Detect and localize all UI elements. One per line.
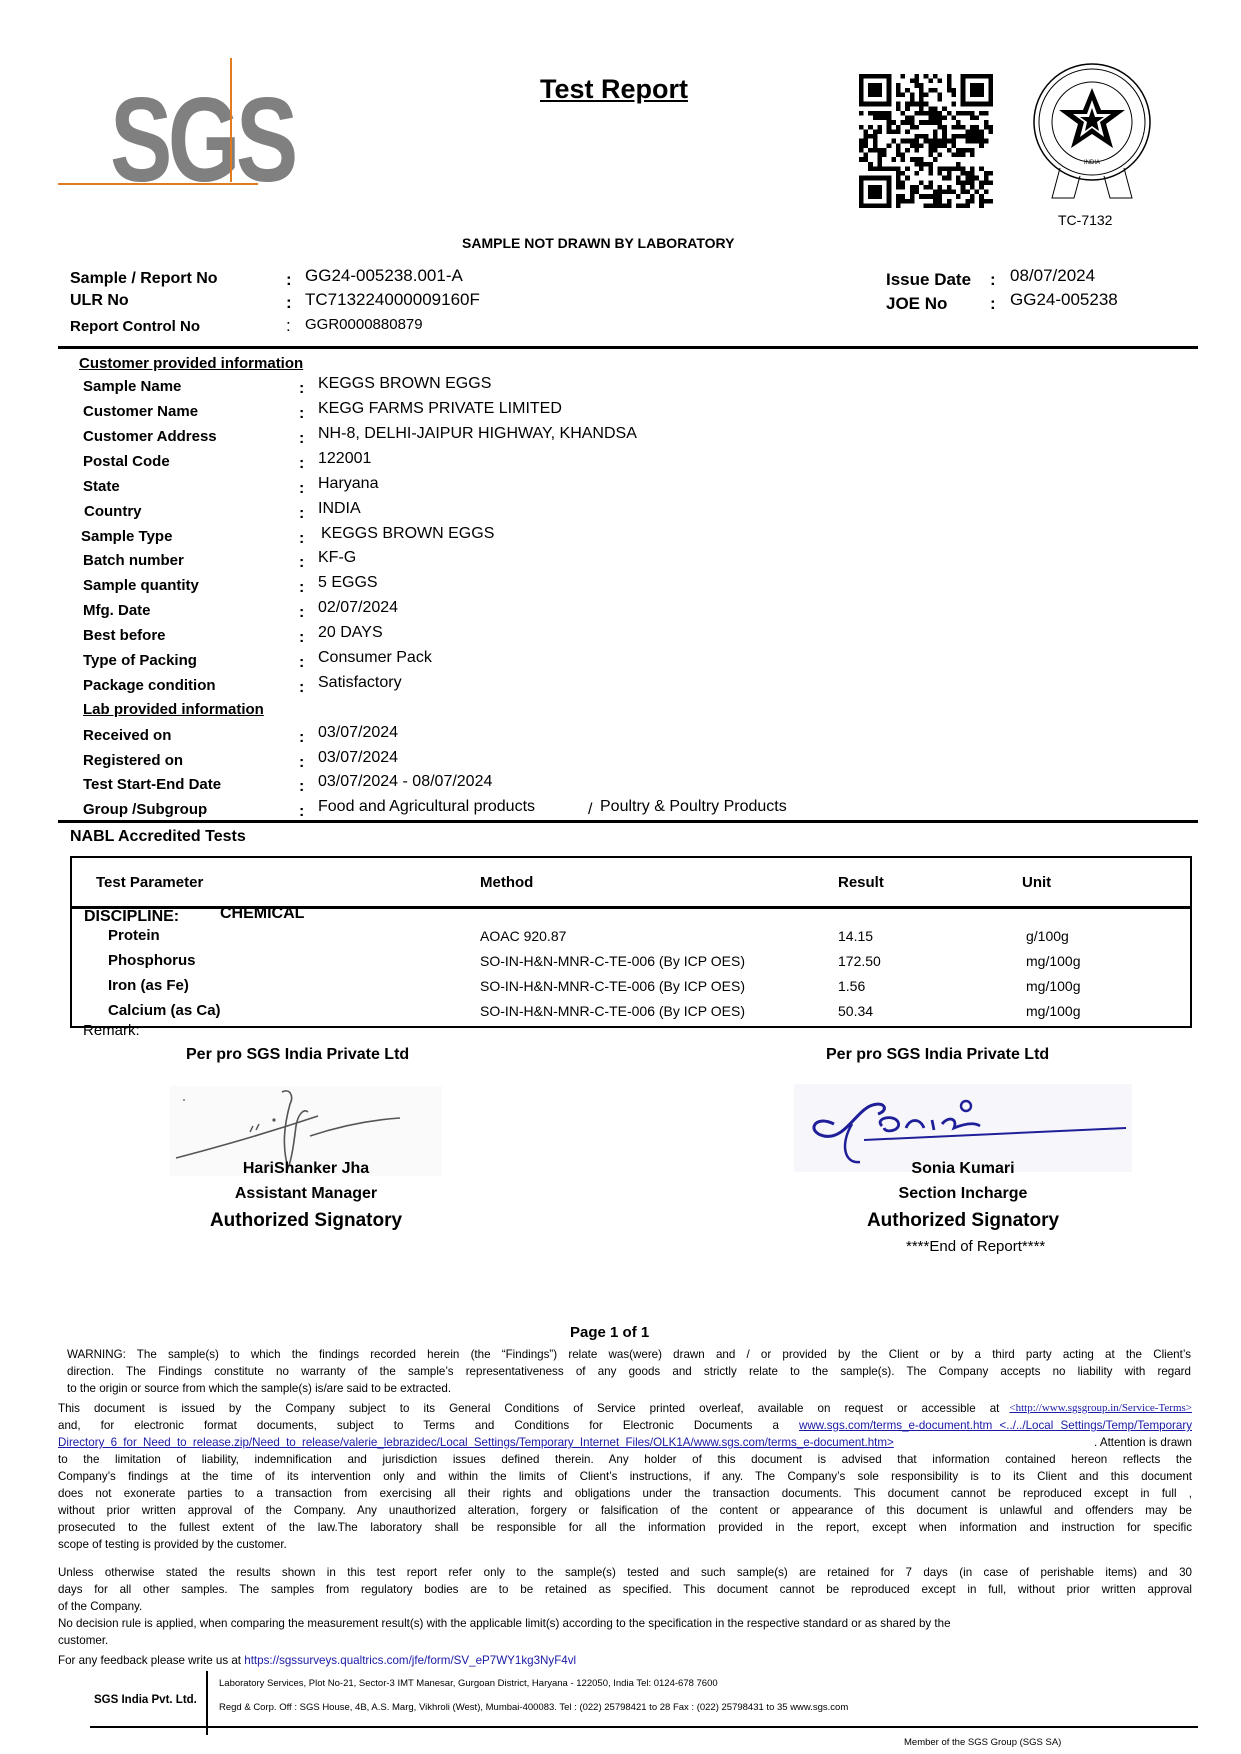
info-value: 02/07/2024 [318, 599, 398, 617]
terms-line: without prior written approval of the Co… [58, 1502, 1192, 1519]
colon: : [299, 679, 304, 697]
info-label: Sample quantity [83, 577, 199, 594]
discipline-value: CHEMICAL [220, 905, 304, 923]
colon: : [299, 604, 304, 622]
colon: : [299, 778, 304, 796]
signatory-company: Per pro SGS India Private Ltd [186, 1046, 409, 1064]
test-parameter: Phosphorus [108, 952, 196, 969]
colon: : [299, 729, 304, 747]
terms-text-span: This document is issued by the Company s… [58, 1400, 1009, 1417]
info-value: Food and Agricultural products [318, 798, 535, 816]
colon: : [286, 316, 291, 336]
lab-address: Laboratory Services, Plot No-21, Sector-… [219, 1678, 718, 1689]
svg-text:INDIA: INDIA [1084, 160, 1100, 166]
signatory-name: HariShanker Jha [170, 1160, 442, 1178]
sgs-group-member: Member of the SGS Group (SGS SA) [904, 1737, 1061, 1748]
decision-rule-line: No decision rule is applied, when compar… [58, 1615, 1192, 1632]
colon: : [299, 803, 304, 821]
test-unit: mg/100g [1026, 953, 1080, 969]
ulr-no: TC713224000009160F [305, 290, 480, 310]
e-document-terms-link-continued[interactable]: Directory 6 for Need to release.zip/Need… [58, 1434, 894, 1451]
report-control-no: GGR0000880879 [305, 316, 423, 333]
end-of-report: ****End of Report**** [906, 1238, 1045, 1255]
subgroup-separator: / [588, 801, 592, 819]
test-unit: g/100g [1026, 928, 1069, 944]
info-value: 03/07/2024 - 08/07/2024 [318, 773, 492, 791]
results-table: Test Parameter Method Result Unit DISCIP… [70, 856, 1192, 1028]
info-value: KEGG FARMS PRIVATE LIMITED [318, 400, 562, 418]
sample-report-no: GG24-005238.001-A [305, 266, 463, 286]
info-value: Satisfactory [318, 674, 402, 692]
retention-line: Unless otherwise stated the results show… [58, 1564, 1192, 1581]
info-value: 5 EGGS [318, 574, 378, 592]
warning-line: WARNING: The sample(s) to which the find… [67, 1346, 1191, 1363]
remark-label: Remark: [83, 1022, 140, 1039]
info-value: 20 DAYS [318, 624, 383, 642]
signatory-designation: Section Incharge [794, 1185, 1132, 1203]
info-value-subgroup: Poultry & Poultry Products [600, 798, 787, 816]
signatory-company: Per pro SGS India Private Ltd [826, 1046, 1049, 1064]
test-unit: mg/100g [1026, 978, 1080, 994]
joe-no: GG24-005238 [1010, 290, 1118, 310]
qr-code-icon [858, 74, 994, 208]
colon: : [286, 270, 292, 290]
column-header: Result [838, 874, 884, 891]
decision-rule-line: customer. [58, 1632, 1192, 1649]
colon: : [299, 405, 304, 423]
info-label: Registered on [83, 752, 183, 769]
colon: : [286, 293, 292, 313]
info-value: INDIA [318, 500, 361, 518]
test-parameter: Protein [108, 927, 160, 944]
info-value: NH-8, DELHI-JAIPUR HIGHWAY, KHANDSA [318, 425, 637, 443]
info-label: Batch number [83, 552, 184, 569]
meta-label: Issue Date [886, 270, 971, 290]
colon: : [299, 554, 304, 572]
signatory-role: Authorized Signatory [150, 1210, 462, 1232]
colon: : [990, 294, 996, 314]
terms-line: to the limitation of liability, indemnif… [58, 1451, 1192, 1468]
signatory-name: Sonia Kumari [794, 1160, 1132, 1178]
meta-label: ULR No [70, 292, 129, 310]
divider [58, 346, 1198, 349]
info-value: Consumer Pack [318, 649, 432, 667]
info-value: 03/07/2024 [318, 724, 398, 742]
retention-text: Unless otherwise stated the results show… [58, 1564, 1192, 1649]
nabl-accreditation-seal-icon: INDIA [1022, 60, 1162, 210]
test-parameter: Calcium (as Ca) [108, 1002, 221, 1019]
test-parameter: Iron (as Fe) [108, 977, 189, 994]
info-value: KEGGS BROWN EGGS [321, 525, 494, 543]
test-unit: mg/100g [1026, 1003, 1080, 1019]
warning-line: direction. The Findings constitute no wa… [67, 1363, 1191, 1380]
signatory-designation: Assistant Manager [170, 1185, 442, 1203]
info-label: Sample Type [81, 528, 172, 545]
info-label: Type of Packing [83, 652, 197, 669]
terms-text-span: . Attention is drawn [894, 1434, 1192, 1451]
retention-line: days for all other samples. The samples … [58, 1581, 1192, 1598]
warning-line: to the origin or source from which the s… [67, 1380, 1191, 1397]
info-label: Country [84, 503, 142, 520]
test-method: SO-IN-H&N-MNR-C-TE-006 (By ICP OES) [480, 953, 745, 969]
test-result: 172.50 [838, 953, 881, 969]
column-header: Test Parameter [96, 874, 203, 891]
info-label: Mfg. Date [83, 602, 151, 619]
colon: : [299, 455, 304, 473]
sgs-logo: SGS [58, 58, 324, 222]
test-method: SO-IN-H&N-MNR-C-TE-006 (By ICP OES) [480, 978, 745, 994]
terms-line: This document is issued by the Company s… [58, 1400, 1192, 1417]
terms-line: prosecuted to the fullest extent of the … [58, 1519, 1192, 1536]
column-header: Method [480, 874, 533, 891]
info-value: KEGGS BROWN EGGS [318, 375, 491, 393]
colon: : [990, 270, 996, 290]
feedback-line: For any feedback please write us at http… [58, 1652, 576, 1669]
warning-text: WARNING: The sample(s) to which the find… [67, 1346, 1191, 1397]
accreditation-code: TC-7132 [1058, 212, 1112, 228]
colon: : [299, 430, 304, 448]
meta-label: Report Control No [70, 318, 200, 335]
info-value: Haryana [318, 475, 378, 493]
terms-line: does not exonerate parties to a transact… [58, 1485, 1192, 1502]
info-value: KF-G [318, 549, 356, 567]
e-document-terms-link[interactable]: www.sgs.com/terms_e-document.htm <../../… [799, 1417, 1192, 1434]
test-method: AOAC 920.87 [480, 928, 566, 944]
colon: : [299, 505, 304, 523]
info-label: Postal Code [83, 453, 170, 470]
info-label: Received on [83, 727, 171, 744]
divider [58, 820, 1198, 823]
footer-company: SGS India Pvt. Ltd. [94, 1694, 197, 1706]
info-label: Sample Name [83, 378, 181, 395]
test-result: 14.15 [838, 928, 873, 944]
info-label: Package condition [83, 677, 216, 694]
feedback-link[interactable]: https://sgssurveys.qualtrics.com/jfe/for… [244, 1654, 576, 1667]
info-label: State [83, 478, 120, 495]
terms-line: Company’s findings at the time of its in… [58, 1468, 1192, 1485]
feedback-text: For any feedback please write us at [58, 1654, 241, 1667]
terms-line: scope of testing is provided by the cust… [58, 1536, 1192, 1553]
colon: : [299, 654, 304, 672]
terms-line: Directory 6 for Need to release.zip/Need… [58, 1434, 1192, 1451]
discipline-label: DISCIPLINE: [84, 908, 179, 926]
info-label: Best before [83, 627, 166, 644]
test-result: 50.34 [838, 1003, 873, 1019]
terms-text: This document is issued by the Company s… [58, 1400, 1192, 1553]
test-method: SO-IN-H&N-MNR-C-TE-006 (By ICP OES) [480, 1003, 745, 1019]
column-header: Unit [1022, 874, 1051, 891]
test-result: 1.56 [838, 978, 865, 994]
colon: : [299, 380, 304, 398]
regd-address: Regd & Corp. Off : SGS House, 4B, A.S. M… [219, 1702, 848, 1713]
logo-accent-line [230, 58, 232, 182]
info-label: Group /Subgroup [83, 801, 207, 818]
retention-line: of the Company. [58, 1598, 1192, 1615]
meta-label: JOE No [886, 294, 947, 314]
colon: : [299, 530, 304, 548]
colon: : [299, 754, 304, 772]
colon: : [299, 480, 304, 498]
page-number: Page 1 of 1 [570, 1324, 649, 1341]
signature-image-sonia [794, 1084, 1132, 1172]
colon: : [299, 629, 304, 647]
tests-heading: NABL Accredited Tests [70, 828, 246, 846]
info-value: 03/07/2024 [318, 749, 398, 767]
meta-label: Sample / Report No [70, 270, 218, 288]
page-title: Test Report [540, 74, 688, 105]
lab-info-heading: Lab provided information [83, 701, 264, 718]
footer-rule [90, 1726, 1198, 1728]
customer-info-heading: Customer provided information [79, 355, 303, 372]
colon: : [299, 579, 304, 597]
info-value: 122001 [318, 450, 371, 468]
issue-date: 08/07/2024 [1010, 266, 1095, 286]
info-label: Customer Name [83, 403, 198, 420]
terms-text-span: and, for electronic format documents, su… [58, 1417, 799, 1434]
info-label: Customer Address [83, 428, 217, 445]
sample-notice: SAMPLE NOT DRAWN BY LABORATORY [462, 235, 735, 251]
service-terms-link[interactable]: <http://www.sgsgroup.in/Service-Terms> [1009, 1400, 1192, 1417]
logo-accent-line [58, 183, 258, 185]
info-label: Test Start-End Date [83, 776, 221, 793]
signatory-role: Authorized Signatory [780, 1210, 1146, 1232]
terms-line: and, for electronic format documents, su… [58, 1417, 1192, 1434]
